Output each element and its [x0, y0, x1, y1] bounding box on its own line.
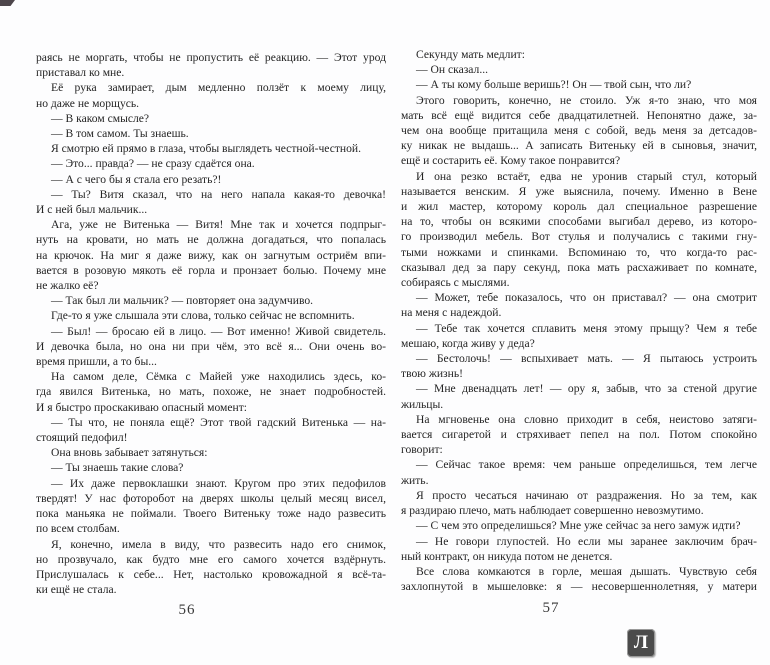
text-line: И она резко встаёт, едва не уронив стары… — [401, 169, 757, 184]
text-line: Ага, уже не Витенька — Витя! Мне так и х… — [36, 217, 386, 232]
text-line: На самом деле, Сёмка с Майей уже находил… — [36, 369, 386, 384]
text-line: Этого говорить, конечно, не стоило. Уж я… — [401, 93, 757, 108]
text-line: — Так был ли мальчик? — повторяет она за… — [36, 293, 386, 308]
left-page-number: 56 — [12, 602, 362, 619]
text-line: вается сигаретой и стряхивает пепел на п… — [401, 427, 757, 442]
text-line: пока маньяка не поймали. Твоего Витеньку… — [36, 506, 386, 521]
text-line: жить. — [401, 473, 757, 488]
text-line: раясь не моргать, чтобы не пропустить её… — [36, 50, 386, 65]
text-line: — В каком смысле? — [36, 111, 386, 126]
text-line: твердят! У нас фоторобот на дверях школы… — [36, 491, 386, 506]
text-line: но даже не морщусь. — [36, 96, 386, 111]
text-line: и жил мастер, которому король дал специа… — [401, 199, 757, 214]
text-line: захлопнутой в мышеловке: я — несовершенн… — [401, 579, 757, 594]
text-line: Я просто чесаться начинаю от раздражения… — [401, 488, 757, 503]
text-line: — Ты что, не поняла ещё? Этот твой гадск… — [36, 415, 386, 430]
text-line: Её рука замирает, дым медленно ползёт к … — [36, 80, 386, 95]
text-line: — В том самом. Ты знаешь. — [36, 126, 386, 141]
text-line: мешаю, когда живу у деда? — [401, 336, 757, 351]
text-line: нуть на кровати, но мать не должна догад… — [36, 232, 386, 247]
text-line: чем она вообще притащила меня с собой, в… — [401, 123, 757, 138]
text-line: не жалко её? — [36, 278, 386, 293]
text-line: — Их даже первоклашки знают. Кругом про … — [36, 476, 386, 491]
book-spread: раясь не моргать, чтобы не пропустить её… — [0, 0, 770, 665]
right-page-number: 57 — [373, 600, 729, 617]
text-line: время пришли, а то бы... — [36, 354, 386, 369]
left-page-text: раясь не моргать, чтобы не пропустить её… — [36, 50, 386, 597]
text-line: гда явился Витенька, но мать, похоже, не… — [36, 384, 386, 399]
text-line: — Он сказал... — [401, 62, 757, 77]
text-line: — Мне двенадцать лет! — ору я, забыв, чт… — [401, 381, 757, 396]
text-line: Секунду мать медлит: — [401, 47, 757, 62]
text-line: Я, конечно, имела в виду, что развесить … — [36, 537, 386, 552]
text-line: И с ней был мальчик... — [36, 202, 386, 217]
text-line: мать всё ещё видится себе двадцатилетней… — [401, 108, 757, 123]
text-line: — Может, тебе показалось, что он пристав… — [401, 290, 757, 305]
text-line: — Это... правда? — не сразу сдаётся она. — [36, 156, 386, 171]
text-line: ный контракт, он никуда потом не денется… — [401, 549, 757, 564]
text-line: но прозвучало, как будто мне его самого … — [36, 552, 386, 567]
text-line: На мгновенье она словно приходит в себя,… — [401, 412, 757, 427]
text-line: Прислушалась к себе... Нет, настолько кр… — [36, 567, 386, 582]
logo-letter: Л — [634, 633, 648, 652]
text-line: — Не говори глупостей. Но если мы заране… — [401, 534, 757, 549]
text-line: говорит: — [401, 442, 757, 457]
book-cover-corner — [0, 0, 15, 6]
text-line: стоящий педофил! — [36, 430, 386, 445]
right-page-text: Секунду мать медлит:— Он сказал...— А ты… — [401, 47, 757, 594]
text-line: сказывал дед за пару секунд, пока мать р… — [401, 260, 757, 275]
text-line: ки ещё не стала. — [36, 582, 386, 597]
text-line: — Был! — бросаю ей в лицо. — Вот именно!… — [36, 324, 386, 339]
text-line: вается в розовую мякоть её горла и пронз… — [36, 263, 386, 278]
text-line: — Сейчас такое время: чем раньше определ… — [401, 457, 757, 472]
text-line: на то, чтобы он всякими способами выгиба… — [401, 214, 757, 229]
text-line: Она вновь забывает затянуться: — [36, 445, 386, 460]
text-line: ку никак не выдашь... А записать Витеньк… — [401, 138, 757, 153]
text-line: — А с чего бы я стала его резать?! — [36, 172, 386, 187]
text-line: приставал ко мне. — [36, 65, 386, 80]
text-line: на крючок. На миг я даже вижу, как он за… — [36, 248, 386, 263]
text-line: тыми ножками и спинками. Вспоминаю то, ч… — [401, 245, 757, 260]
text-line: на меня с надеждой. — [401, 305, 757, 320]
text-line: твою жизнь! — [401, 366, 757, 381]
text-line: собираясь с мыслями. — [401, 275, 757, 290]
text-line: ещё и состарить её. Кому такое понравитс… — [401, 153, 757, 168]
text-line: жильцы. — [401, 397, 757, 412]
text-line: — А ты кому больше веришь?! Он — твой сы… — [401, 77, 757, 92]
text-line: — С чем это определишься? Мне уже сейчас… — [401, 518, 757, 533]
text-line: называется венским. Я уже выяснила, поче… — [401, 184, 757, 199]
text-line: — Ты знаешь такие слова? — [36, 460, 386, 475]
text-line: — Тебе так хочется сплавить меня этому п… — [401, 321, 757, 336]
text-line: го производил мебель. Вот стулья и получ… — [401, 229, 757, 244]
text-line: И девочка была, но она ни при чём, это в… — [36, 339, 386, 354]
text-line: — Бестолочь! — вспыхивает мать. — Я пыта… — [401, 351, 757, 366]
text-line: Где-то я уже слышала эти слова, только с… — [36, 308, 386, 323]
text-line: я раздираю плечо, мать наблюдает соверше… — [401, 503, 757, 518]
text-line: И я быстро проскакиваю опасный момент: — [36, 400, 386, 415]
text-line: по всем столбам. — [36, 521, 386, 536]
text-line: Все слова комкаются в горле, мешая дышат… — [401, 564, 757, 579]
text-line: — Ты? Витя сказал, что на него напала ка… — [36, 187, 386, 202]
text-line: Я смотрю ей прямо в глаза, чтобы выгляде… — [36, 141, 386, 156]
labirint-logo: Л — [627, 629, 655, 657]
